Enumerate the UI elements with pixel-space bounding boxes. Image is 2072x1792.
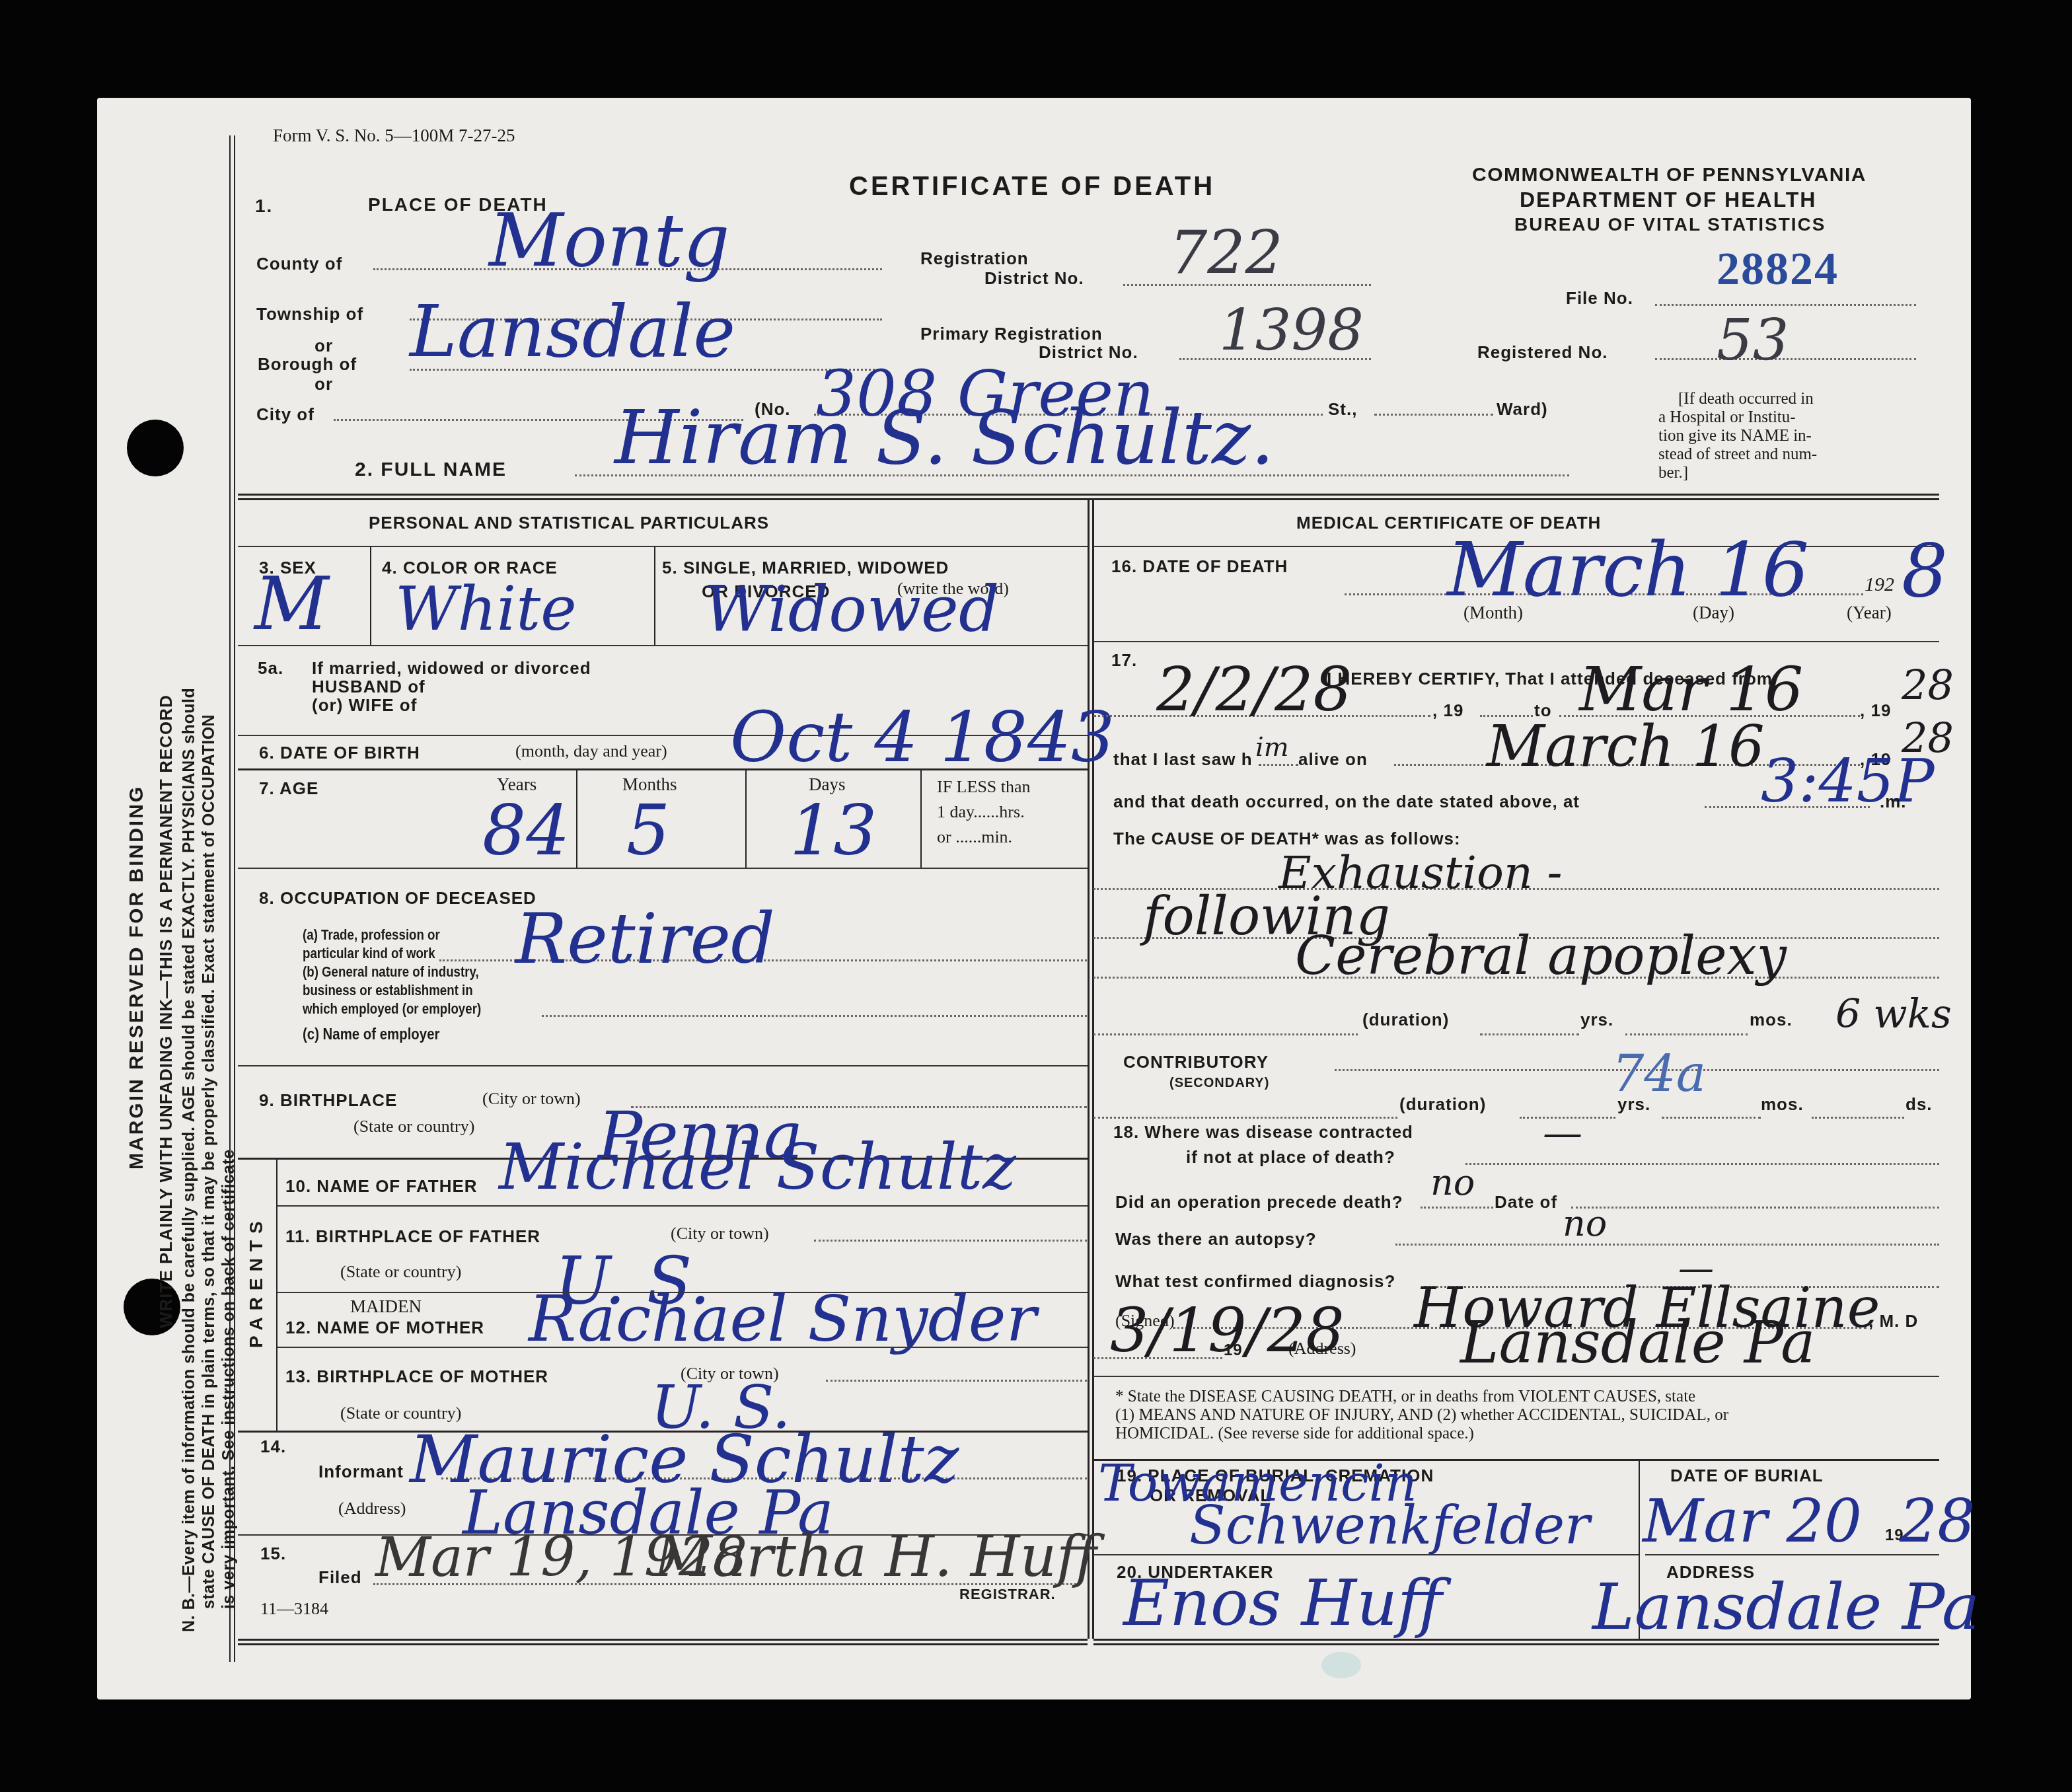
death-time-label: and that death occurred, on the date sta… bbox=[1113, 792, 1580, 812]
row-rule bbox=[1093, 1554, 1639, 1555]
row-rule bbox=[277, 1205, 1088, 1207]
certify-number: 17. bbox=[1111, 650, 1137, 671]
primary-duration-value[interactable]: 6 wks bbox=[1835, 991, 1952, 1037]
burial-place-value-2[interactable]: Schwenkfelder bbox=[1189, 1495, 1590, 1556]
dob-hint: (month, day and year) bbox=[515, 741, 667, 761]
diagnosis-test-label: What test confirmed diagnosis? bbox=[1115, 1271, 1395, 1292]
burial-date-label: DATE OF BURIAL bbox=[1670, 1466, 1824, 1486]
personal-heading: PERSONAL AND STATISTICAL PARTICULARS bbox=[369, 513, 769, 533]
mother-birthplace-line bbox=[826, 1380, 1087, 1382]
registrar-signature[interactable]: Martha H. Huff bbox=[654, 1524, 1097, 1590]
birthplace-city-hint: (City or town) bbox=[482, 1089, 581, 1109]
disease-contracted-value[interactable]: — bbox=[1543, 1110, 1582, 1156]
ward-line bbox=[1374, 414, 1493, 416]
primary-registration-value[interactable]: 1398 bbox=[1219, 297, 1364, 363]
hospital-note-line: tion give its NAME in- bbox=[1658, 427, 1817, 445]
or-label-1: or bbox=[314, 336, 333, 356]
date-of-death-value[interactable]: March 16 bbox=[1447, 527, 1809, 613]
or-label-2: or bbox=[314, 374, 333, 394]
mother-birthplace-label: 13. BIRTHPLACE OF MOTHER bbox=[285, 1366, 548, 1387]
cause-of-death-label: The CAUSE OF DEATH* was as follows: bbox=[1113, 829, 1461, 849]
attended-from-value[interactable]: 2/2/28 bbox=[1156, 654, 1352, 725]
physician-address-value[interactable]: Lansdale Pa bbox=[1460, 1308, 1815, 1376]
row-rule bbox=[238, 868, 1088, 869]
cell-divider bbox=[920, 770, 922, 868]
spouse-number: 5a. bbox=[258, 658, 283, 679]
full-name-label: 2. FULL NAME bbox=[355, 459, 507, 481]
cell-divider bbox=[745, 770, 747, 868]
city-label: City of bbox=[256, 404, 314, 425]
md-label: , M. D bbox=[1868, 1311, 1918, 1331]
cause-footnote: * State the DISEASE CAUSING DEATH, or in… bbox=[1115, 1388, 1728, 1443]
father-name-value[interactable]: Michael Schultz bbox=[499, 1130, 1016, 1204]
maiden-label: MAIDEN bbox=[350, 1296, 422, 1317]
secondary-mos-label: mos. bbox=[1761, 1094, 1804, 1115]
spouse-label-2: HUSBAND of bbox=[312, 677, 425, 697]
print-code: 11—3184 bbox=[260, 1599, 328, 1619]
last-saw-value[interactable]: March 16 bbox=[1487, 714, 1765, 780]
age-less-than-label-3: or ......min. bbox=[937, 827, 1012, 847]
primary-registration-label-2: District No. bbox=[1039, 342, 1138, 363]
operation-line bbox=[1421, 1207, 1493, 1209]
occupation-b-label-3: which employed (or employer) bbox=[303, 1000, 481, 1018]
occupation-b-label-2: business or establishment in bbox=[303, 982, 473, 999]
duration-label: (duration) bbox=[1362, 1010, 1449, 1030]
disease-contracted-label-1: 18. Where was disease contracted bbox=[1113, 1122, 1413, 1142]
death-time-suffix: .m. bbox=[1880, 792, 1907, 812]
date-of-death-year-prefix: 192 bbox=[1865, 574, 1894, 596]
certificate-title: CERTIFICATE OF DEATH bbox=[849, 172, 1215, 202]
hospital-note: [If death occurred in a Hospital or Inst… bbox=[1658, 390, 1817, 482]
issuer-bureau: BUREAU OF VITAL STATISTICS bbox=[1514, 214, 1826, 235]
age-less-than-label-1: IF LESS than bbox=[937, 777, 1031, 797]
registered-no-label: Registered No. bbox=[1477, 342, 1608, 363]
spouse-label-3: (or) WIFE of bbox=[312, 695, 417, 716]
secondary-duration-lead-line bbox=[1093, 1117, 1397, 1119]
issuer-department: DEPARTMENT OF HEALTH bbox=[1520, 188, 1816, 212]
mother-name-label: 12. NAME OF MOTHER bbox=[285, 1318, 484, 1338]
secondary-mos-line bbox=[1662, 1117, 1761, 1119]
informant-address-label: (Address) bbox=[338, 1499, 406, 1518]
registered-no-value[interactable]: 53 bbox=[1717, 307, 1789, 373]
autopsy-line bbox=[1395, 1244, 1939, 1246]
row-rule bbox=[1093, 1376, 1939, 1377]
occupation-b-label-1: (b) General nature of industry, bbox=[303, 963, 479, 981]
county-value[interactable]: Montg bbox=[489, 198, 729, 283]
duration-yrs-line bbox=[1480, 1033, 1579, 1035]
birthplace-label: 9. BIRTHPLACE bbox=[259, 1090, 397, 1111]
filed-number: 15. bbox=[260, 1544, 286, 1564]
occupation-label: 8. OCCUPATION OF DECEASED bbox=[259, 888, 536, 909]
date-of-death-year-value[interactable]: 8 bbox=[1902, 529, 1948, 613]
margin-ink-note: WRITE PLAINLY WITH UNFADING INK—THIS IS … bbox=[156, 694, 176, 1328]
row-rule bbox=[238, 1065, 1088, 1066]
age-years-value[interactable]: 84 bbox=[482, 790, 570, 871]
issuer-commonwealth: COMMONWEALTH OF PENNSYLVANIA bbox=[1472, 164, 1867, 186]
last-saw-alive-label: alive on bbox=[1298, 749, 1368, 770]
hospital-note-line: stead of street and num- bbox=[1658, 445, 1817, 464]
secondary-yrs-label: yrs. bbox=[1617, 1094, 1650, 1115]
date-of-death-label: 16. DATE OF DEATH bbox=[1111, 556, 1288, 577]
death-time-value[interactable]: 3:45P bbox=[1761, 747, 1935, 816]
primary-registration-label-1: Primary Registration bbox=[920, 324, 1103, 344]
parents-bracket bbox=[276, 1160, 277, 1431]
attended-to-19: , 19 bbox=[1860, 700, 1891, 721]
section-rule bbox=[238, 494, 1939, 496]
margin-nb-note-1: N. B.—Every item of information should b… bbox=[180, 688, 199, 1632]
father-birthplace-label: 11. BIRTHPLACE OF FATHER bbox=[285, 1226, 540, 1247]
item-1-number: 1. bbox=[255, 196, 273, 217]
ward-label: Ward) bbox=[1497, 399, 1548, 420]
mother-name-value[interactable]: Rachael Snyder bbox=[529, 1282, 1037, 1356]
margin-nb-note-2: state CAUSE OF DEATH in plain terms, so … bbox=[200, 714, 219, 1609]
row-rule bbox=[1645, 1554, 1939, 1555]
registration-label-1: Registration bbox=[920, 248, 1029, 269]
occupation-value[interactable]: Retired bbox=[515, 899, 775, 979]
row-rule bbox=[238, 546, 1088, 547]
occupation-a-label-1: (a) Trade, profession or bbox=[303, 926, 440, 944]
file-no-line bbox=[1655, 304, 1916, 306]
file-no-label: File No. bbox=[1566, 288, 1633, 309]
last-saw-pronoun[interactable]: im bbox=[1255, 732, 1289, 763]
age-days-value[interactable]: 13 bbox=[790, 790, 877, 871]
attended-from-19: , 19 bbox=[1432, 700, 1463, 721]
cell-divider bbox=[370, 546, 371, 645]
full-name-value[interactable]: Hiram S. Schultz. bbox=[614, 395, 1275, 481]
duration-mos-label: mos. bbox=[1750, 1010, 1793, 1030]
secondary-ds-label: ds. bbox=[1905, 1094, 1933, 1115]
birthplace-state-hint: (State or country) bbox=[353, 1117, 474, 1137]
cause-line-3-value[interactable]: Cerebral apoplexy bbox=[1295, 925, 1787, 987]
last-saw-pronoun-line bbox=[1259, 764, 1298, 766]
cell-divider bbox=[654, 546, 655, 645]
row-rule bbox=[238, 645, 1088, 646]
marital-status-value[interactable]: Widowed bbox=[704, 572, 999, 646]
column-divider bbox=[1088, 499, 1090, 1639]
township-label: Township of bbox=[256, 304, 363, 324]
operation-label: Did an operation precede death? bbox=[1115, 1192, 1403, 1213]
occupation-a-label-2: particular kind of work bbox=[303, 945, 435, 962]
borough-value[interactable]: Lansdale bbox=[410, 291, 735, 373]
street-st-label: St., bbox=[1328, 399, 1357, 420]
ink-stain bbox=[1321, 1652, 1361, 1678]
spouse-label-1: If married, widowed or divorced bbox=[312, 658, 591, 679]
column-divider-2 bbox=[1092, 499, 1094, 1639]
footnote-line: * State the DISEASE CAUSING DEATH, or in… bbox=[1115, 1388, 1728, 1406]
file-number-stamp: 28824 bbox=[1717, 243, 1839, 296]
age-less-than-label-2: 1 day......hrs. bbox=[937, 802, 1025, 822]
burial-date-value[interactable]: Mar 20 bbox=[1643, 1487, 1862, 1556]
row-rule bbox=[1093, 641, 1939, 642]
binding-hole-top bbox=[127, 420, 184, 476]
undertaker-value[interactable]: Enos Huff bbox=[1123, 1566, 1442, 1640]
father-birthplace-city-hint: (City or town) bbox=[671, 1224, 769, 1244]
parents-side-label: PARENTS bbox=[246, 1214, 267, 1348]
secondary-duration-label: (duration) bbox=[1399, 1094, 1486, 1115]
duration-lead-line bbox=[1093, 1033, 1358, 1035]
row-rule-thick bbox=[238, 768, 1088, 770]
cell-divider bbox=[576, 770, 577, 868]
operation-date-line bbox=[1571, 1207, 1939, 1209]
registration-label-2: District No. bbox=[984, 268, 1084, 289]
year-hint: (Year) bbox=[1847, 603, 1892, 623]
hospital-note-line: a Hospital or Institu- bbox=[1658, 408, 1817, 427]
hospital-note-line: ber.] bbox=[1658, 464, 1817, 482]
father-birthplace-line bbox=[814, 1240, 1087, 1242]
burial-date-year[interactable]: 28 bbox=[1900, 1487, 1976, 1556]
occupation-b-line bbox=[542, 1015, 1087, 1017]
sex-value[interactable]: M bbox=[254, 562, 329, 646]
duration-yrs-label: yrs. bbox=[1580, 1010, 1613, 1030]
operation-date-label: Date of bbox=[1495, 1192, 1557, 1213]
secondary-label: (SECONDARY) bbox=[1169, 1076, 1269, 1091]
occupation-c-label: (c) Name of employer bbox=[303, 1026, 439, 1044]
signed-date-19: 19 bbox=[1224, 1341, 1243, 1360]
father-birthplace-state-hint: (State or country) bbox=[340, 1262, 461, 1282]
operation-value[interactable]: no bbox=[1430, 1162, 1475, 1203]
bottom-rule-2 bbox=[238, 1643, 1088, 1645]
margin-nb-note-3: is very important. See instructions on b… bbox=[219, 1149, 239, 1609]
dob-value[interactable]: Oct 4 1843 bbox=[730, 697, 1115, 778]
last-saw-label: that I last saw h bbox=[1113, 749, 1253, 770]
disease-contracted-line bbox=[1465, 1163, 1939, 1165]
row-rule bbox=[277, 1347, 1088, 1348]
undertaker-address-value[interactable]: Lansdale Pa bbox=[1592, 1570, 1979, 1644]
dob-label: 6. DATE OF BIRTH bbox=[259, 743, 420, 763]
registrar-label: REGISTRAR. bbox=[959, 1586, 1056, 1603]
form-number: Form V. S. No. 5—100M 7-27-25 bbox=[273, 126, 515, 146]
footnote-line: HOMICIDAL. (See reverse side for additio… bbox=[1115, 1425, 1728, 1443]
registration-value[interactable]: 722 bbox=[1169, 218, 1283, 287]
disease-contracted-label-2: if not at place of death? bbox=[1186, 1147, 1395, 1168]
informant-label: Informant bbox=[318, 1462, 404, 1482]
footnote-line: (1) MEANS AND NATURE OF INJURY, AND (2) … bbox=[1115, 1406, 1728, 1425]
hospital-note-line: [If death occurred in bbox=[1658, 390, 1817, 408]
borough-label: Borough of bbox=[258, 354, 357, 375]
county-label: County of bbox=[256, 254, 342, 274]
autopsy-value[interactable]: no bbox=[1563, 1203, 1607, 1244]
bottom-rule bbox=[1093, 1639, 1939, 1641]
race-value[interactable]: White bbox=[395, 574, 577, 644]
bottom-rule bbox=[238, 1639, 1088, 1641]
age-label: 7. AGE bbox=[259, 778, 318, 799]
day-hint: (Day) bbox=[1693, 603, 1734, 623]
bottom-rule-2 bbox=[1093, 1643, 1939, 1645]
duration-mos-line bbox=[1625, 1033, 1748, 1035]
physician-address-label: (Address) bbox=[1288, 1339, 1356, 1359]
father-name-label: 10. NAME OF FATHER bbox=[285, 1176, 478, 1197]
filed-label: Filed bbox=[318, 1567, 362, 1588]
contributory-label: CONTRIBUTORY bbox=[1123, 1052, 1269, 1072]
secondary-ds-line bbox=[1812, 1117, 1904, 1119]
informant-number: 14. bbox=[260, 1437, 286, 1457]
age-months-value[interactable]: 5 bbox=[626, 790, 670, 871]
autopsy-label: Was there an autopsy? bbox=[1115, 1229, 1317, 1250]
month-hint: (Month) bbox=[1463, 603, 1523, 623]
margin-binding-note: MARGIN RESERVED FOR BINDING bbox=[126, 785, 148, 1170]
attended-to-year[interactable]: 28 bbox=[1902, 661, 1954, 709]
